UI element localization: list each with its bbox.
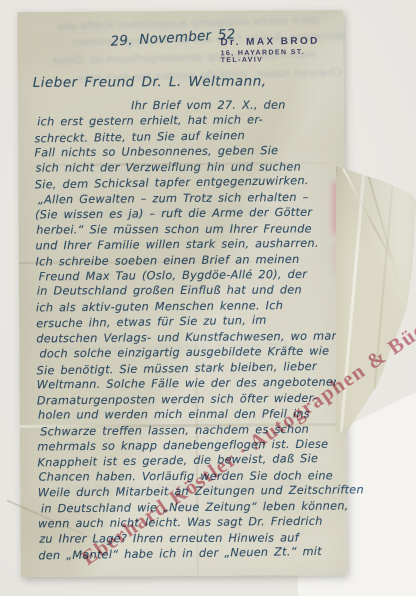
letter-line: in Deutschland großen Einfluß hat und de… (37, 283, 345, 300)
sender-name: Dr. MAX BROD (220, 36, 320, 48)
sender-address-stamp: Dr. MAX BROD 16, HAYARDEN ST. TEL-AVIV (220, 36, 320, 64)
letter-line: wenn auch nicht leicht. Was sagt Dr. Fri… (38, 514, 346, 532)
letter-line: (Sie wissen es ja) – ruft die Arme der G… (35, 205, 343, 223)
letter-line: herbei.“ Sie müssen schon um Ihrer Freun… (36, 221, 344, 238)
letter-line: in Deutschland wie „Neue Zeitung“ leben … (41, 498, 349, 516)
sender-city: TEL-AVIV (221, 56, 320, 64)
sender-street: 16, HAYARDEN ST. (221, 49, 320, 57)
flap-crease (364, 164, 407, 309)
salutation: Lieber Freund Dr. L. Weltmann, (33, 73, 267, 90)
letter-line: „Allen Gewalten – zum Trotz sich erhalte… (38, 189, 346, 207)
